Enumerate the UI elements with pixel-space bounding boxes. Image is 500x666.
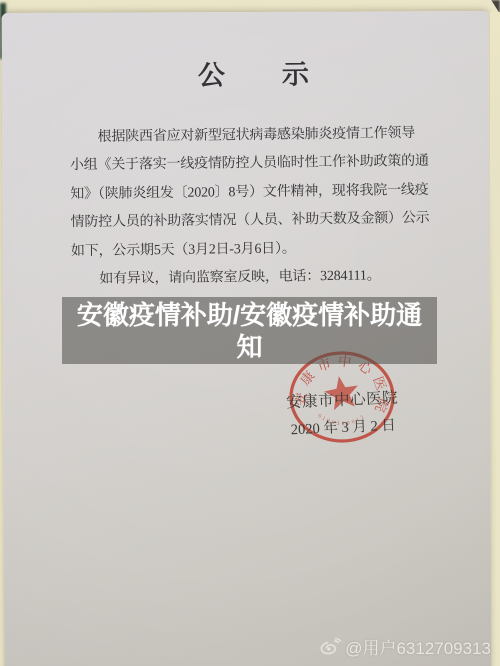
watermark: @用户6312709313: [320, 634, 491, 659]
body-line: 如有异议，请向监察室反映，电话：3284111。: [71, 262, 443, 295]
seal-date: 2020 年 3 月 2 日: [290, 416, 396, 439]
notice-body: 根据陕西省应对新型冠状病毒感染肺炎疫情工作领导 小组《关于落实一线疫情防控人员临…: [69, 120, 443, 295]
body-line: 根据陕西省应对新型冠状病毒感染肺炎疫情工作领导: [69, 120, 441, 153]
weibo-logo-icon: [320, 638, 341, 655]
notice-title: 公 示: [0, 58, 497, 92]
caption-overlay-banner: 安徽疫情补助/安徽疫情补助通知: [62, 297, 437, 364]
watermark-handle: @用户6312709313: [345, 634, 491, 659]
hospital-seal: 安康市中心医院 6109310012 安康市中心医院 2020 年 3 月 2 …: [286, 350, 398, 448]
body-line: 小组《关于落实一线疫情防控人员临时性工作补助政策的通: [70, 148, 442, 181]
body-line: 知》（陕肺炎组发〔2020〕8号）文件精神，现将我院一线疫: [70, 176, 442, 209]
body-line: 情防控人员的补助落实情况（人员、补助天数及金额）公示: [70, 205, 442, 238]
body-line: 如下，公示期5天（3月2日-3月6日）。: [71, 233, 443, 266]
photo-of-notice: 公 示 根据陕西省应对新型冠状病毒感染肺炎疫情工作领导 小组《关于落实一线疫情防…: [0, 0, 500, 666]
